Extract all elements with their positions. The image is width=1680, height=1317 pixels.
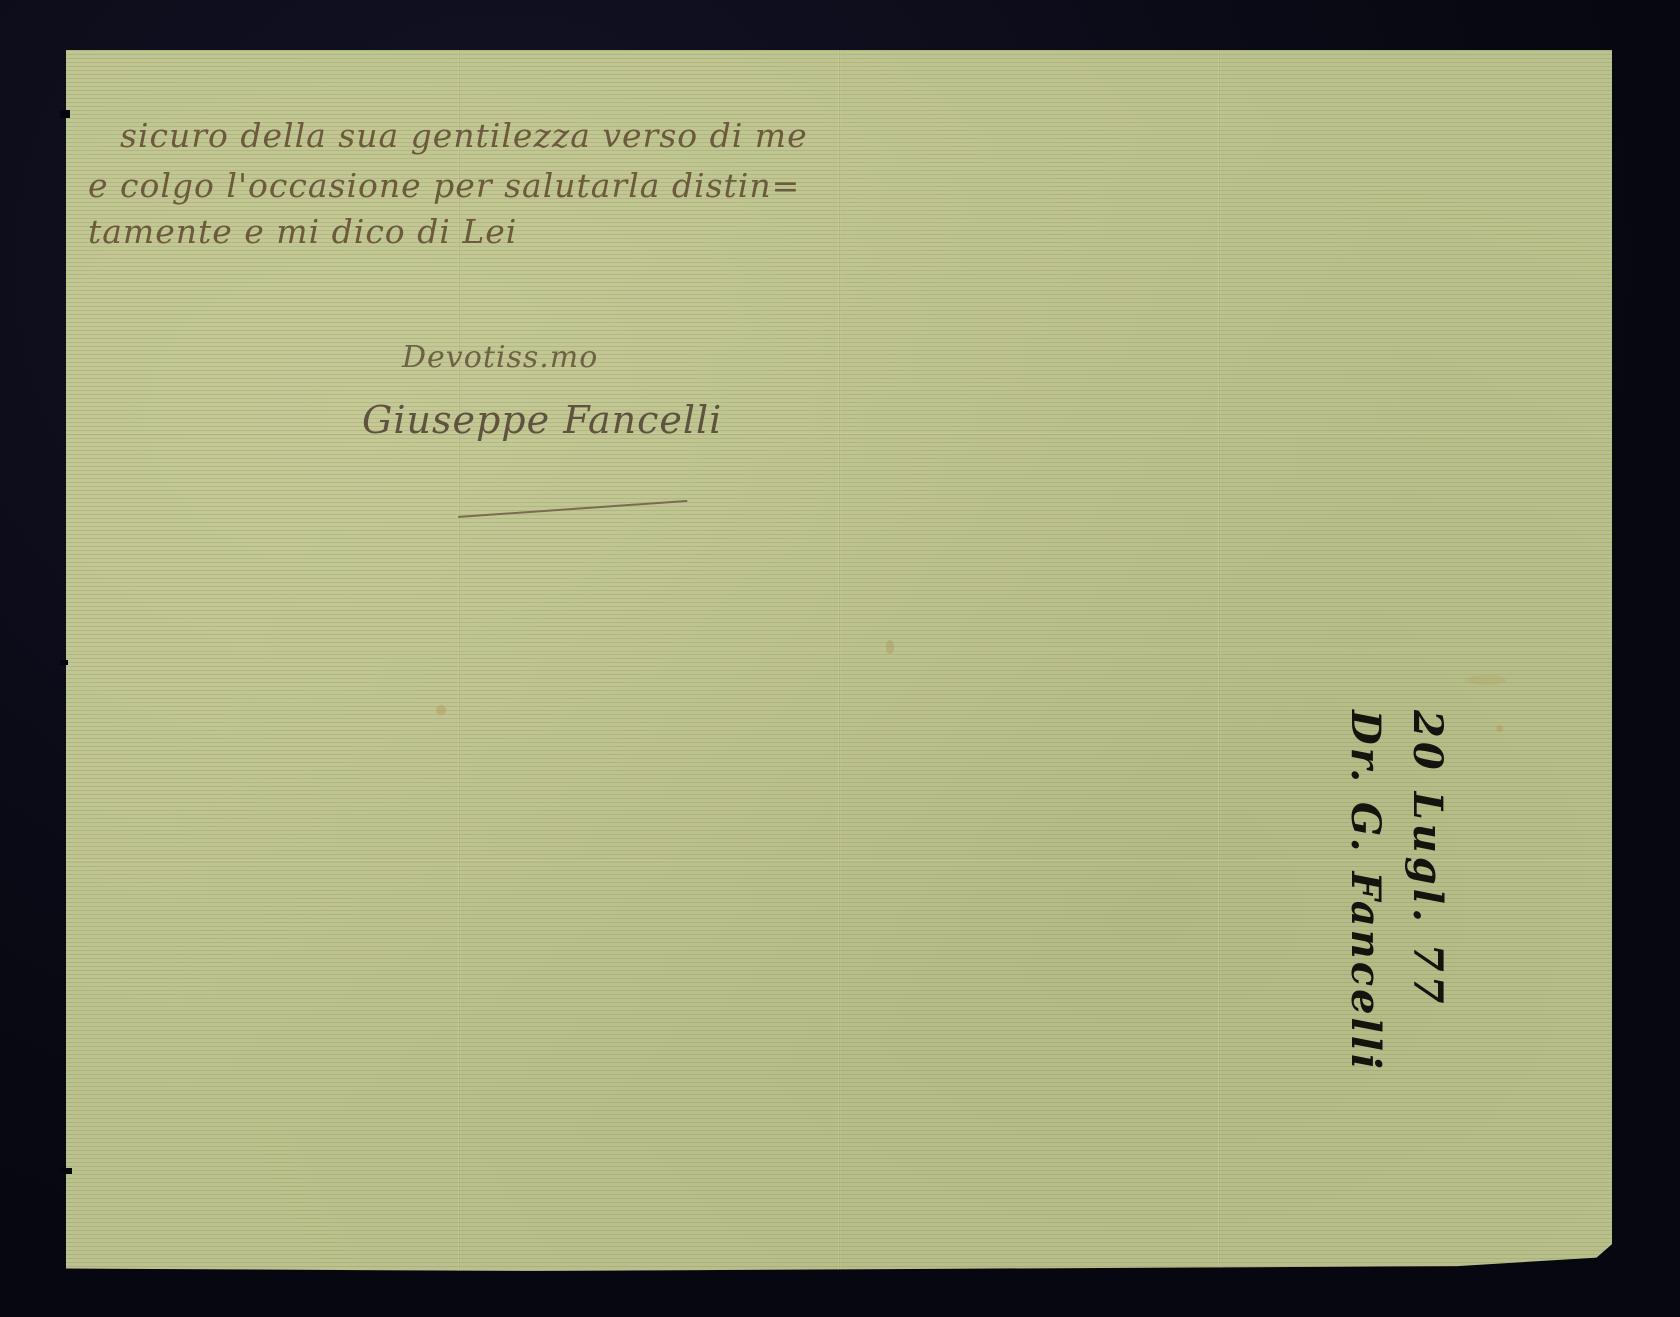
paper-edge-tear xyxy=(60,110,70,118)
annotation-date: 20 Lugl. 77 xyxy=(1404,710,1451,1007)
fold-crease-vertical xyxy=(1218,50,1221,1271)
letter-body-line: tamente e mi dico di Lei xyxy=(88,212,517,251)
age-stain xyxy=(436,705,446,715)
letter-signature: Giuseppe Fancelli xyxy=(362,398,722,442)
fold-crease-horizontal xyxy=(66,433,1612,436)
signature-underline xyxy=(458,500,688,518)
letter-page: sicuro della sua gentilezza verso di me … xyxy=(66,50,1612,1271)
fold-crease-vertical xyxy=(838,50,841,1271)
letter-closing: Devotiss.mo xyxy=(402,340,598,375)
age-stain xyxy=(1496,725,1503,732)
archival-annotation: 20 Lugl. 77 Dr. G. Fancelli xyxy=(1321,710,1451,1010)
age-stain xyxy=(886,640,894,654)
age-stain xyxy=(1466,675,1506,685)
letter-body-line: e colgo l'occasione per salutarla distin… xyxy=(88,166,800,205)
fold-crease-horizontal xyxy=(66,650,1612,653)
annotation-name: Dr. G. Fancelli xyxy=(1342,710,1389,1072)
letter-body-line: sicuro della sua gentilezza verso di me xyxy=(120,116,808,155)
paper-edge-tear xyxy=(60,660,68,665)
paper-edge-tear xyxy=(60,1168,72,1174)
